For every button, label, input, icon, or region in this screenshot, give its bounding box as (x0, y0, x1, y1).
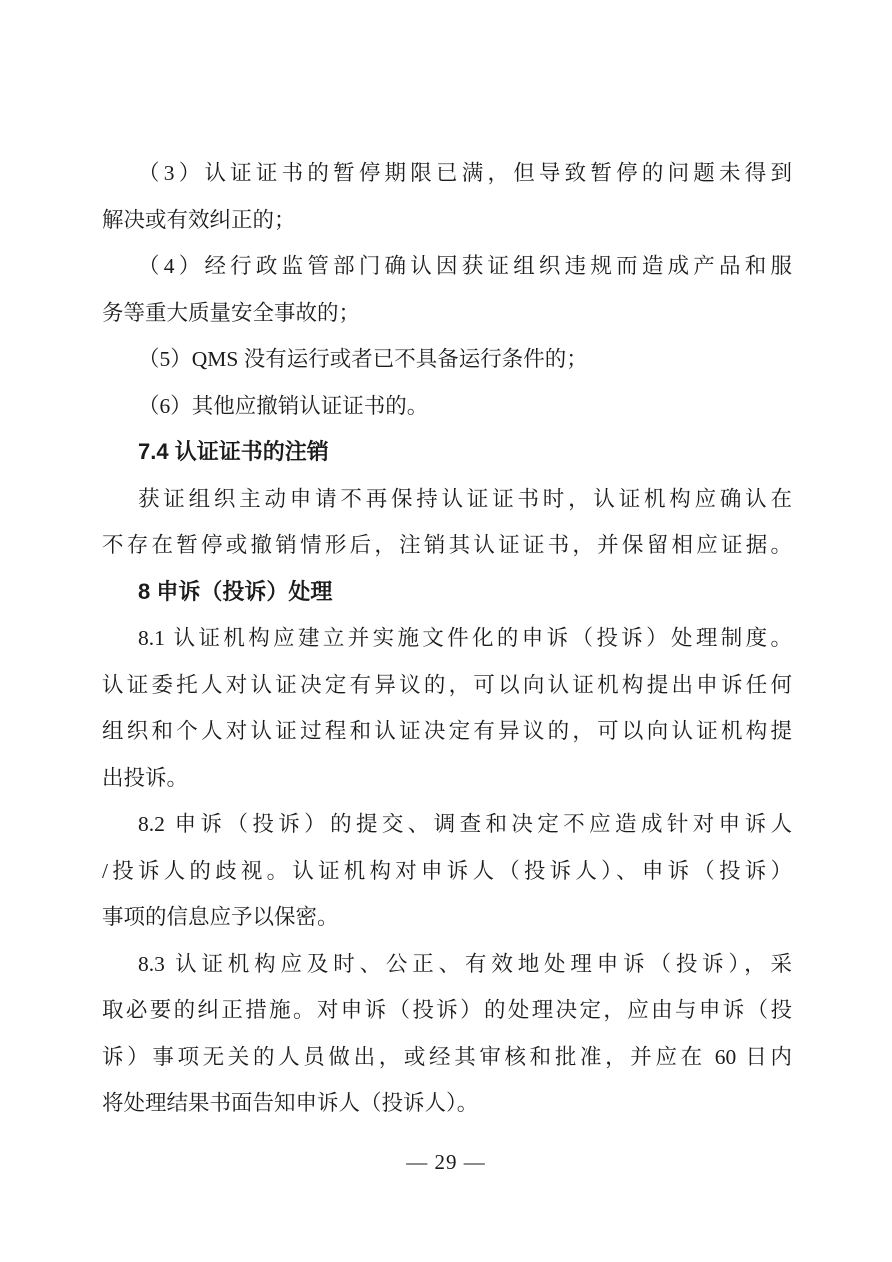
clause-4-line-2: 务等重大质量安全事故的； (102, 290, 792, 337)
section-8-3-line-2: 取必要的纠正措施。对申诉（投诉）的处理决定，应由与申诉（投 (102, 987, 792, 1034)
section-8-2-line-2: /投诉人的歧视。认证机构对申诉人（投诉人）、申诉（投诉） (102, 848, 792, 895)
section-8-1-line-4: 出投诉。 (102, 755, 792, 802)
document-page: （3）认证证书的暂停期限已满，但导致暂停的问题未得到 解决或有效纠正的； （4）… (0, 0, 892, 1262)
section-8-1-line-1: 8.1 认证机构应建立并实施文件化的申诉（投诉）处理制度。 (102, 615, 792, 662)
section-8-3-line-1: 8.3 认证机构应及时、公正、有效地处理申诉（投诉），采 (102, 941, 792, 988)
section-8-2-line-1: 8.2 申诉（投诉）的提交、调查和决定不应造成针对申诉人 (102, 801, 792, 848)
section-7-4-line-1: 获证组织主动申请不再保持认证证书时，认证机构应确认在 (102, 476, 792, 523)
section-heading-7-4: 7.4 认证证书的注销 (102, 429, 792, 476)
section-8-3-line-4: 将处理结果书面告知申诉人（投诉人）。 (102, 1080, 792, 1127)
clause-4-line-1: （4）经行政监管部门确认因获证组织违规而造成产品和服 (102, 243, 792, 290)
clause-3-line-2: 解决或有效纠正的； (102, 197, 792, 244)
clause-5-line: （5）QMS 没有运行或者已不具备运行条件的； (102, 336, 792, 383)
document-body: （3）认证证书的暂停期限已满，但导致暂停的问题未得到 解决或有效纠正的； （4）… (102, 150, 792, 1127)
section-8-1-line-3: 组织和个人对认证过程和认证决定有异议的，可以向认证机构提 (102, 708, 792, 755)
section-heading-8: 8 申诉（投诉）处理 (102, 569, 792, 616)
clause-3-line-1: （3）认证证书的暂停期限已满，但导致暂停的问题未得到 (102, 150, 792, 197)
clause-6-line: （6）其他应撤销认证证书的。 (102, 383, 792, 430)
section-7-4-line-2: 不存在暂停或撤销情形后，注销其认证证书，并保留相应证据。 (102, 522, 792, 569)
section-8-3-line-3: 诉）事项无关的人员做出，或经其审核和批准，并应在 60 日内 (102, 1034, 792, 1081)
page-number: — 29 — (0, 1150, 892, 1175)
section-8-1-line-2: 认证委托人对认证决定有异议的，可以向认证机构提出申诉任何 (102, 662, 792, 709)
section-8-2-line-3: 事项的信息应予以保密。 (102, 894, 792, 941)
